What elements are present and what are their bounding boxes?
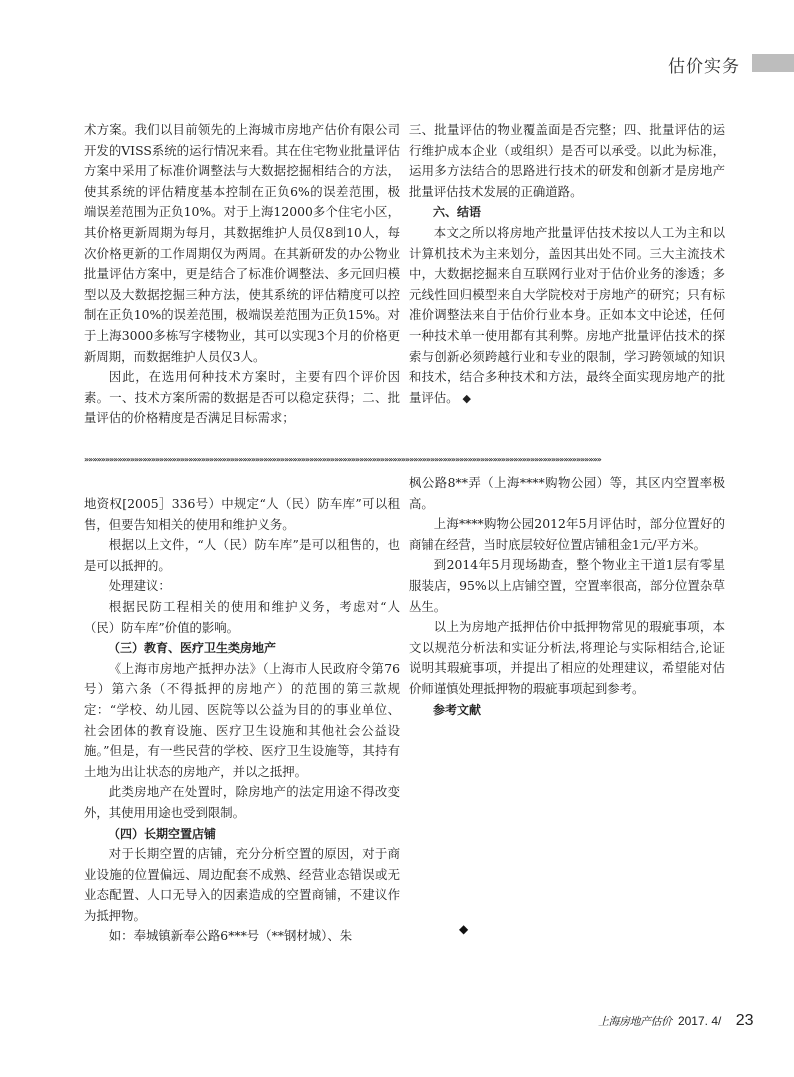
- end-of-article-diamond-icon: ◆: [459, 922, 468, 936]
- paragraph: 因此，在选用何种技术方案时，主要有四个评价因素。一、技术方案所需的数据是否可以稳…: [84, 367, 400, 429]
- paragraph: 上海****购物公园2012年5月评估时，部分位置好的商铺在经营，当时底层较好位…: [409, 514, 725, 555]
- top-right-column: 三、批量评估的物业覆盖面是否完整；四、批量评估的运行维护成本企业（或组织）是否可…: [409, 120, 725, 409]
- section-heading-conclusion: 六、结语: [409, 202, 725, 223]
- paragraph: 地资权[2005］336号）中规定“人（民）防车库”可以租售，但要告知相关的使用…: [84, 494, 400, 535]
- issue-date: 2017. 4/: [678, 1014, 721, 1028]
- top-left-column: 术方案。我们以目前领先的上海城市房地产估价有限公司开发的VISS系统的运行情况来…: [84, 120, 400, 429]
- paragraph: 对于长期空置的店铺，充分分析空置的原因，对于商业设施的位置偏远、周边配套不成熟、…: [84, 844, 400, 926]
- paragraph: 根据民防工程相关的使用和维护义务，考虑对“人（民）防车库”价值的影响。: [84, 597, 400, 638]
- paragraph: 处理建议：: [84, 576, 400, 597]
- paragraph: 到2014年5月现场勘查，整个物业主干道1层有零星服装店，95%以上店铺空置，空…: [409, 555, 725, 617]
- paragraph: 枫公路8**弄（上海****购物公园）等，其区内空置率极高。: [409, 473, 725, 514]
- paragraph: 本文之所以将房地产批量评估技术按以人工为主和以计算机技术为主来划分，盖因其出处不…: [409, 223, 725, 409]
- end-of-article-diamond-icon: ◆: [463, 392, 471, 405]
- section-color-bar: [752, 54, 794, 72]
- section-heading-references: 参考文献: [409, 700, 725, 721]
- paragraph: 此类房地产在处置时，除房地产的法定用途不得改变外，其使用用途也受到限制。: [84, 782, 400, 823]
- paragraph: 根据以上文件，“人（民）防车库”是可以租售的，也是可以抵押的。: [84, 535, 400, 576]
- paragraph: 三、批量评估的物业覆盖面是否完整；四、批量评估的运行维护成本企业（或组织）是否可…: [409, 120, 725, 202]
- section-heading-vacant-shops: （四）长期空置店铺: [84, 824, 400, 845]
- page-footer: 上海房地产估价 2017. 4/ 23: [598, 1012, 754, 1030]
- section-heading-education-medical: （三）教育、医疗卫生类房地产: [84, 638, 400, 659]
- magazine-logo: 上海房地产估价: [598, 1015, 672, 1028]
- article-divider: »»»»»»»»»»»»»»»»»»»»»»»»»»»»»»»»»»»»»»»»…: [84, 455, 713, 465]
- paragraph: 术方案。我们以目前领先的上海城市房地产估价有限公司开发的VISS系统的运行情况来…: [84, 120, 400, 367]
- bottom-left-column: 地资权[2005］336号）中规定“人（民）防车库”可以租售，但要告知相关的使用…: [84, 494, 400, 947]
- paragraph: 如：奉城镇新奉公路6***号（**钢材城）、朱: [84, 926, 400, 947]
- paragraph: 《上海市房地产抵押办法》（上海市人民政府令第76号）第六条（不得抵押的房地产）的…: [84, 659, 400, 783]
- paragraph-text: 本文之所以将房地产批量评估技术按以人工为主和以计算机技术为主来划分，盖因其出处不…: [409, 225, 725, 405]
- section-title: 估价实务: [668, 52, 740, 77]
- paragraph: 以上为房地产抵押估价中抵押物常见的瑕疵事项，本文以规范分析法和实证分析法,将理论…: [409, 617, 725, 699]
- bottom-right-column: 枫公路8**弄（上海****购物公园）等，其区内空置率极高。 上海****购物公…: [409, 473, 725, 720]
- page-number: 23: [736, 1012, 754, 1029]
